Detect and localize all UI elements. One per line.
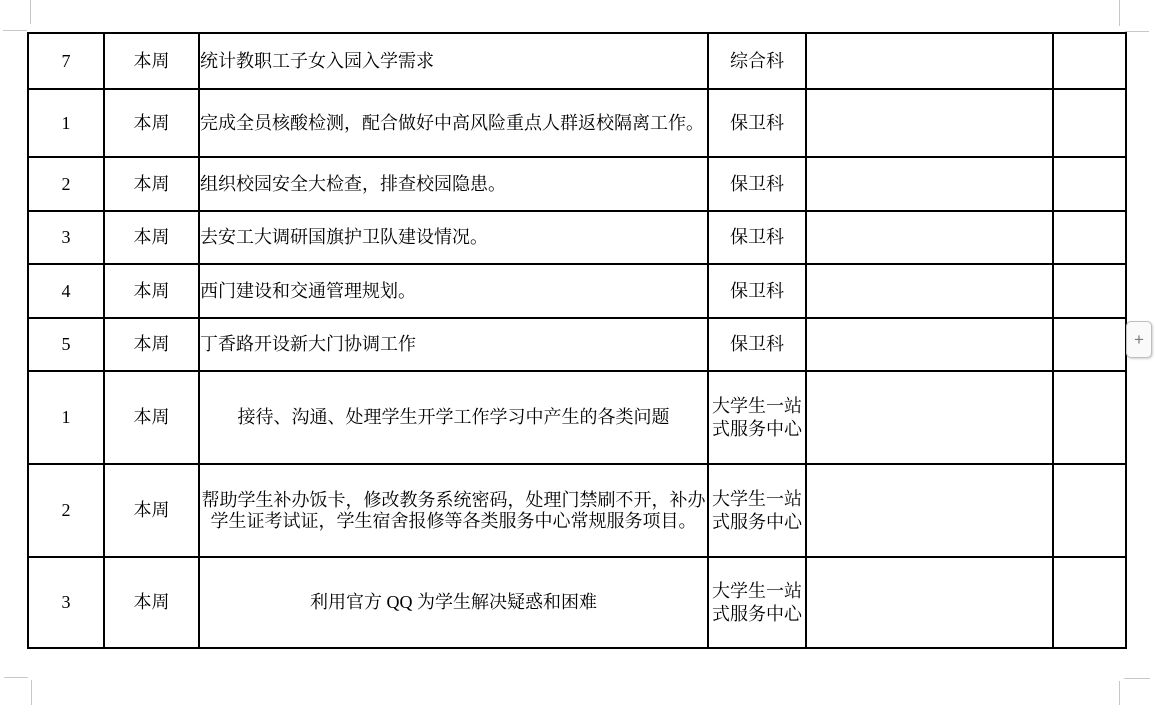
document-page: 7 本周 统计教职工子女入园入学需求 综合科 1 本周 完成全员核酸检测，配合做… bbox=[0, 0, 1155, 719]
crop-mark-top-left-vertical bbox=[30, 0, 31, 24]
table-row: 7 本周 统计教职工子女入园入学需求 综合科 bbox=[28, 33, 1126, 89]
cell-serial-number[interactable]: 5 bbox=[28, 318, 104, 371]
cell-task-description[interactable]: 西门建设和交通管理规划。 bbox=[199, 264, 708, 318]
cell-department[interactable]: 保卫科 bbox=[708, 318, 806, 371]
table-row: 1 本周 完成全员核酸检测，配合做好中高风险重点人群返校隔离工作。 保卫科 bbox=[28, 89, 1126, 157]
table-row: 4 本周 西门建设和交通管理规划。 保卫科 bbox=[28, 264, 1126, 318]
cell-serial-number[interactable]: 1 bbox=[28, 89, 104, 157]
cell-task-description[interactable]: 去安工大调研国旗护卫队建设情况。 bbox=[199, 211, 708, 264]
cell-department[interactable]: 大学生一站式服务中心 bbox=[708, 557, 806, 648]
cell-empty[interactable] bbox=[806, 371, 1053, 464]
cell-task-description[interactable]: 帮助学生补办饭卡，修改教务系统密码，处理门禁刷不开，补办学生证考试证，学生宿舍报… bbox=[199, 464, 708, 557]
cell-department[interactable]: 大学生一站式服务中心 bbox=[708, 371, 806, 464]
table-row: 5 本周 丁香路开设新大门协调工作 保卫科 bbox=[28, 318, 1126, 371]
cell-serial-number[interactable]: 3 bbox=[28, 557, 104, 648]
cell-empty[interactable] bbox=[806, 264, 1053, 318]
cell-serial-number[interactable]: 7 bbox=[28, 33, 104, 89]
crop-mark-bottom-left-vertical bbox=[31, 680, 32, 705]
cell-period[interactable]: 本周 bbox=[104, 211, 199, 264]
cell-serial-number[interactable]: 2 bbox=[28, 464, 104, 557]
cell-period[interactable]: 本周 bbox=[104, 318, 199, 371]
cell-empty[interactable] bbox=[806, 157, 1053, 211]
cell-task-description[interactable]: 完成全员核酸检测，配合做好中高风险重点人群返校隔离工作。 bbox=[199, 89, 708, 157]
table-row: 3 本周 利用官方 QQ 为学生解决疑惑和困难 大学生一站式服务中心 bbox=[28, 557, 1126, 648]
cell-empty-narrow[interactable] bbox=[1053, 33, 1126, 89]
crop-mark-bottom-left-horizontal bbox=[4, 677, 28, 678]
crop-mark-bottom-right-horizontal bbox=[1124, 678, 1150, 679]
cell-empty-narrow[interactable] bbox=[1053, 264, 1126, 318]
cell-serial-number[interactable]: 4 bbox=[28, 264, 104, 318]
cell-empty[interactable] bbox=[806, 318, 1053, 371]
cell-period[interactable]: 本周 bbox=[104, 464, 199, 557]
cell-serial-number[interactable]: 1 bbox=[28, 371, 104, 464]
table-body: 7 本周 统计教职工子女入园入学需求 综合科 1 本周 完成全员核酸检测，配合做… bbox=[28, 33, 1126, 648]
cell-empty[interactable] bbox=[806, 33, 1053, 89]
cell-department[interactable]: 保卫科 bbox=[708, 89, 806, 157]
cell-period[interactable]: 本周 bbox=[104, 264, 199, 318]
cell-department[interactable]: 保卫科 bbox=[708, 211, 806, 264]
cell-task-description[interactable]: 统计教职工子女入园入学需求 bbox=[199, 33, 708, 89]
table-row: 3 本周 去安工大调研国旗护卫队建设情况。 保卫科 bbox=[28, 211, 1126, 264]
crop-mark-top-left-horizontal bbox=[3, 30, 27, 31]
cell-department[interactable]: 保卫科 bbox=[708, 264, 806, 318]
cell-empty-narrow[interactable] bbox=[1053, 157, 1126, 211]
table-row: 2 本周 组织校园安全大检查，排查校园隐患。 保卫科 bbox=[28, 157, 1126, 211]
crop-mark-top-right-vertical bbox=[1119, 0, 1120, 26]
crop-mark-bottom-right-vertical bbox=[1119, 681, 1120, 705]
cell-empty-narrow[interactable] bbox=[1053, 211, 1126, 264]
cell-period[interactable]: 本周 bbox=[104, 89, 199, 157]
cell-empty-narrow[interactable] bbox=[1053, 89, 1126, 157]
table-row: 2 本周 帮助学生补办饭卡，修改教务系统密码，处理门禁刷不开，补办学生证考试证，… bbox=[28, 464, 1126, 557]
cell-task-description[interactable]: 组织校园安全大检查，排查校园隐患。 bbox=[199, 157, 708, 211]
table-row: 1 本周 接待、沟通、处理学生开学工作学习中产生的各类问题 大学生一站式服务中心 bbox=[28, 371, 1126, 464]
cell-empty-narrow[interactable] bbox=[1053, 318, 1126, 371]
cell-empty[interactable] bbox=[806, 464, 1053, 557]
cell-period[interactable]: 本周 bbox=[104, 157, 199, 211]
cell-empty-narrow[interactable] bbox=[1053, 557, 1126, 648]
cell-empty[interactable] bbox=[806, 89, 1053, 157]
cell-serial-number[interactable]: 2 bbox=[28, 157, 104, 211]
weekly-work-table: 7 本周 统计教职工子女入园入学需求 综合科 1 本周 完成全员核酸检测，配合做… bbox=[27, 32, 1127, 649]
cell-serial-number[interactable]: 3 bbox=[28, 211, 104, 264]
cell-period[interactable]: 本周 bbox=[104, 557, 199, 648]
cell-department[interactable]: 综合科 bbox=[708, 33, 806, 89]
cell-empty-narrow[interactable] bbox=[1053, 464, 1126, 557]
cell-department[interactable]: 保卫科 bbox=[708, 157, 806, 211]
plus-icon: + bbox=[1134, 331, 1144, 348]
cell-empty-narrow[interactable] bbox=[1053, 371, 1126, 464]
add-button[interactable]: + bbox=[1126, 321, 1152, 358]
cell-task-description[interactable]: 丁香路开设新大门协调工作 bbox=[199, 318, 708, 371]
cell-period[interactable]: 本周 bbox=[104, 371, 199, 464]
cell-task-description[interactable]: 接待、沟通、处理学生开学工作学习中产生的各类问题 bbox=[199, 371, 708, 464]
cell-period[interactable]: 本周 bbox=[104, 33, 199, 89]
cell-department[interactable]: 大学生一站式服务中心 bbox=[708, 464, 806, 557]
cell-task-description[interactable]: 利用官方 QQ 为学生解决疑惑和困难 bbox=[199, 557, 708, 648]
crop-mark-top-right-horizontal bbox=[1125, 31, 1149, 32]
cell-empty[interactable] bbox=[806, 557, 1053, 648]
cell-empty[interactable] bbox=[806, 211, 1053, 264]
